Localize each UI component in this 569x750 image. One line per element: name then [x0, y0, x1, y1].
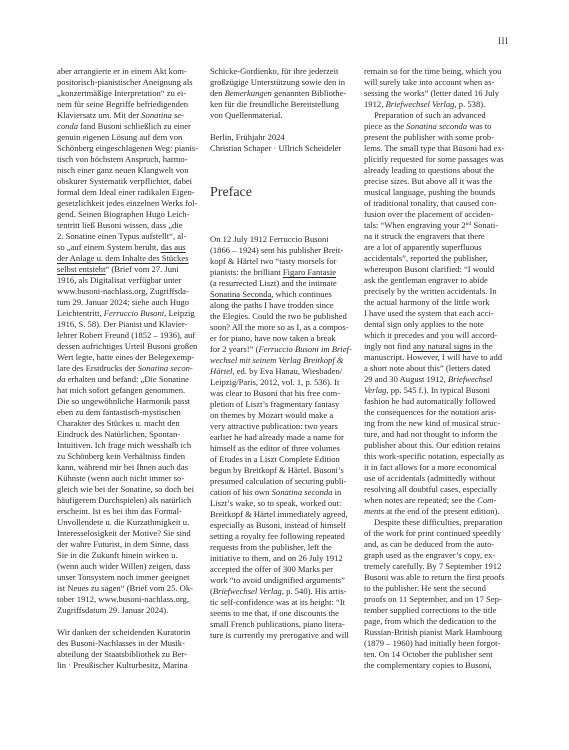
text-line: himself as the editor of three volumes — [210, 443, 352, 454]
text-line: www.busoni-nachlass.org, Zugriffsda- — [57, 286, 199, 297]
italic-title: da — [57, 374, 66, 384]
underlined-quote: any natural signs — [413, 341, 471, 351]
text-line: tisch von höchstem Anspruch, harmo- — [57, 154, 199, 165]
text-line: Busoni was able to return the first proo… — [364, 572, 506, 583]
text-line: work “to avoid undignified arguments” — [210, 575, 352, 586]
text-line: dental sign only applies to the note — [364, 319, 506, 330]
text-line: pianists: the brilliant Figaro Fantasie — [210, 267, 352, 278]
text-line: erscheint. Ist es bei ihm das Formal- — [57, 506, 199, 517]
text-line: Interesselosigkeit der Motive? Sie sind — [57, 528, 199, 539]
text-line: publisher about this. Our edition retain… — [364, 440, 506, 451]
text-line: whereupon Busoni clarified: “I would — [364, 264, 506, 275]
text-line: fashion he had automatically followed — [364, 396, 506, 407]
text-line: plicitly requested for some passages was — [364, 154, 506, 165]
text-line: Charakter des Stückes u. macht den — [57, 418, 199, 429]
text-line: formal dem Ideal einer radikalen Eigen- — [57, 187, 199, 198]
text-line: soon? All the more so as I, as a compos- — [210, 322, 352, 333]
section-heading: Preface — [210, 184, 352, 202]
text-line: when notes are repeated; see the Com- — [364, 495, 506, 506]
text-line: requests from the publisher, left the — [210, 542, 352, 553]
text-line: the consequences for the notation aris- — [364, 407, 506, 418]
text-line: genuin eigenen Lösung auf dem von — [57, 132, 199, 143]
text-line: piece as the Sonatina seconda was to — [364, 121, 506, 132]
underlined-title: Figaro Fantasie — [283, 267, 336, 277]
text-line: dessen aufrichtiges Urteil Busoni großen — [57, 341, 199, 352]
acknowledgement-line: ken für die freundliche Bereitstellung — [210, 99, 352, 110]
text-line: tober 1912, www.busoni-nachlass.org, — [57, 594, 199, 605]
text-line: Die so ungewöhnliche Harmonik passt — [57, 396, 199, 407]
text-line: gend. Seinen Biographen Hugo Leich- — [57, 209, 199, 220]
german-text-column: aber arrangierte er in einem Akt kom- po… — [57, 66, 199, 671]
text-line: graph used as the engraver’s copy, ex- — [364, 550, 506, 561]
text-line: conda fand Busoni schließlich zu einer — [57, 121, 199, 132]
text-line: ingly not find any natural signs in the — [364, 341, 506, 352]
text-line: 29 and 30 August 1912, Briefwechsel — [364, 374, 506, 385]
text-line: of the work for print continued speedily — [364, 528, 506, 539]
text-line: remain so for the time being, which you — [364, 66, 506, 77]
text-line: proofs on 11 September, and on 17 Sep- — [364, 594, 506, 605]
italic-title: Briefwechsel Verlag — [213, 586, 282, 596]
text-line: along the paths I have trodden since — [210, 300, 352, 311]
text-line: nisch einer ganz neuen Klangwelt von — [57, 165, 199, 176]
text-line: it in fact allows for a more economical — [364, 462, 506, 473]
italic-title: Verlag — [364, 385, 386, 395]
text-line: gleich wie bei der Sonatine, so doch bei — [57, 484, 199, 495]
italic-title: Härtel — [210, 366, 232, 376]
text-line: Härtel, ed. by Eva Hanau, Wiesbaden/ — [210, 366, 352, 377]
text-line: Russian-British pianist Mark Hambourg — [364, 627, 506, 638]
acknowledgement-line: abteilung der Staatsbibliothek zu Ber- — [57, 649, 199, 660]
text-line: ments at the end of the present edition)… — [364, 506, 506, 517]
italic-title: Sonatina se- — [141, 110, 184, 120]
acknowledgement-line: Schicke-Gordienko, für ihre jederzeit — [210, 66, 352, 77]
text-line: which it precedes and you will accord- — [364, 330, 506, 341]
text-line: was clear to Busoni that his free com- — [210, 388, 352, 399]
text-line: selbst entsteht“ (Brief vom 27. Juni — [57, 264, 199, 275]
text-line: use of accidentals (admittedly without — [364, 473, 506, 484]
text-line: 2. Sonatine einen Typus aufstellt“, al- — [57, 231, 199, 242]
text-line: accidentals”, reported the publisher, — [364, 253, 506, 264]
text-line: accepted the offer of 300 Marks per — [210, 564, 352, 575]
text-line: „konzertmäßige Interpretation“ zu ei- — [57, 88, 199, 99]
text-line: zu Schönberg kein Verhältniss finden — [57, 451, 199, 462]
text-line: Sie in die Zukunft hinein wirken u. — [57, 550, 199, 561]
text-line: I have used the system that each acci- — [364, 308, 506, 319]
text-line: ten. On 14 October the publisher sent — [364, 649, 506, 660]
text-line: the actual harmony of the little work — [364, 297, 506, 308]
text-line: 1912, Briefwechsel Verlag, p. 538). — [364, 99, 506, 110]
text-line: lems. The small type that Busoni had ex- — [364, 143, 506, 154]
text-line: da erhalten und befand: „Die Sonatine — [57, 374, 199, 385]
text-line: nem für seine Begriffe befriedigenden — [57, 99, 199, 110]
text-line: er for piano, have now taken a break — [210, 333, 352, 344]
acknowledgement-line: Wir danken der scheidenden Kuratorin — [57, 627, 199, 638]
text-line: 1916, als Digitalisat verfügbar unter — [57, 275, 199, 286]
text-line: so „auf einem System beruht, das aus — [57, 242, 199, 253]
text-line: earlier he had already made a name for — [210, 432, 352, 443]
text-line: obskurer Systematik verpflichtet, dabei — [57, 176, 199, 187]
text-line: for 2 years!” (Ferruccio Busoni im Brief… — [210, 344, 352, 355]
text-line: tremely carefully. By 7 September 1912 — [364, 561, 506, 572]
text-line: very attractive publication: two years — [210, 421, 352, 432]
text-line: the Elegies. Could the two be published — [210, 311, 352, 322]
text-line: Schönberg eingeschlagenen Weg: pianis- — [57, 143, 199, 154]
text-line: Eindruck des Natürlichen, Spontan- — [57, 429, 199, 440]
text-line: precise sizes. But above all it was the — [364, 176, 506, 187]
paragraph-gap — [210, 121, 352, 132]
text-line: will surely take into account when as- — [364, 77, 506, 88]
text-line: Wert legte, hatte eines der Belegexemp- — [57, 352, 199, 363]
text-line: setting a royalty fee following repeated — [210, 531, 352, 542]
text-line: small French publications, piano litera- — [210, 619, 352, 630]
page-number: III — [498, 36, 509, 46]
text-line: kann, während mir bei Ihnen auch das — [57, 462, 199, 473]
text-line: Sonatina Seconda, which continues — [210, 289, 352, 300]
italic-title: Sonatina secon- — [138, 363, 193, 373]
text-line: sessing the works” (letter dated 16 July — [364, 88, 506, 99]
text-line: lare des Erstdrucks der Sonatina secon- — [57, 363, 199, 374]
text-line: of traditional tonality, that caused con… — [364, 198, 506, 209]
text-line: Unvollendete u. die Kurzathmigkeit u. — [57, 517, 199, 528]
underlined-quote: der Anlage u. dem Inhalte des Stückes — [57, 253, 189, 263]
text-line: 1916, S. 58). Der Pianist und Klavier- — [57, 319, 199, 330]
text-line: Zugriffsdatum 29. Januar 2024). — [57, 605, 199, 616]
italic-title: Sonatina seconda — [272, 487, 333, 497]
italic-title: ments — [364, 506, 384, 516]
text-line: seems to me that, if one discounts the — [210, 608, 352, 619]
text-line: musical language, pushing the bounds — [364, 187, 506, 198]
underlined-title: Sonatina Seconda — [210, 289, 271, 299]
italic-title: conda — [57, 121, 78, 131]
signature-place-date: Berlin, Frühjahr 2024 — [210, 132, 352, 143]
text-line: manuscript. However, I will have to add — [364, 352, 506, 363]
italic-title: Com- — [477, 495, 496, 505]
text-line: (wenn auch wider Willen) zeigen, dass — [57, 561, 199, 572]
acknowledgement-line: den Bemerkungen genannten Bibliothe- — [210, 88, 352, 99]
text-line: Liszt’s wake, so to speak, worked out: — [210, 498, 352, 509]
text-line: ture, and had not thought to inform the — [364, 429, 506, 440]
text-line: (Briefwechsel Verlag, p. 540). His artis… — [210, 586, 352, 597]
text-line: presumed calculation of securing publi- — [210, 476, 352, 487]
text-line: especially as Busoni, instead of himself — [210, 520, 352, 531]
text-line: present the publisher with some prob- — [364, 132, 506, 143]
text-line: Leichtentritt, Ferruccio Busoni, Leipzig — [57, 308, 199, 319]
text-line: der Anlage u. dem Inhalte des Stückes — [57, 253, 199, 264]
text-line: tember supplied corrections to the title — [364, 605, 506, 616]
text-line: (a resurrected Liszt) and the intimate — [210, 278, 352, 289]
text-line: der wahre Futurist, in dem Sinne, dass — [57, 539, 199, 550]
text-line: Breitkopf & Härtel immediately agreed, — [210, 509, 352, 520]
text-line: (1879 – 1960) had initially been forgot- — [364, 638, 506, 649]
italic-title: Briefwechsel — [448, 374, 492, 384]
text-line: aber arrangierte er in einem Akt kom- — [57, 66, 199, 77]
text-line: tum 29. Januar 2024; siehe auch Hugo — [57, 297, 199, 308]
text-line: are a lot of apparently superfluous — [364, 242, 506, 253]
right-text-column: remain so for the time being, which you … — [364, 66, 506, 671]
text-line: cation of his own Sonatina seconda in — [210, 487, 352, 498]
acknowledgement-line: lin · Preußischer Kulturbesitz, Marina — [57, 660, 199, 671]
text-line: the complementary copies to Busoni, — [364, 660, 506, 671]
text-line: lehrer Robert Freund (1852 – 1936), auf — [57, 330, 199, 341]
text-line: pletion of Liszt’s fragmentary fantasy — [210, 399, 352, 410]
text-line: Preparation of such an advanced — [364, 110, 506, 121]
text-line: ture is currently my prerogative and wil… — [210, 630, 352, 641]
text-line: Leipzig/Paris, 2012, vol. 1, p. 536). It — [210, 377, 352, 388]
text-line: Intuitiven. Ich frage mich wesshalb ich — [57, 440, 199, 451]
acknowledgement-line: des Busoni-Nachlasses in der Musik- — [57, 638, 199, 649]
text-line: tentritt ließ Busoni wissen, dass „die — [57, 220, 199, 231]
text-line: to the publisher. He sent the second — [364, 583, 506, 594]
text-line: of Etudes in a Liszt Complete Edition — [210, 454, 352, 465]
text-line: Kühnste (wenn auch nicht immer so- — [57, 473, 199, 484]
text-line: page, from which the dedication to the — [364, 616, 506, 627]
text-line: hat mich sofort gefangen genommen. — [57, 385, 199, 396]
acknowledgement-line: großzügige Unterstützung sowie den in — [210, 77, 352, 88]
text-line: kopf & Härtel two “tasty morsels for — [210, 256, 352, 267]
text-line: ist Neues zu sagen“ (Brief vom 25. Ok- — [57, 583, 199, 594]
italic-title: wechsel mit seinem Verlag Breitkopf & — [210, 355, 344, 365]
text-line: wechsel mit seinem Verlag Breitkopf & — [210, 355, 352, 366]
italic-title: Ferruccio Busoni — [104, 308, 164, 318]
text-line: fusion over the placement of acciden- — [364, 209, 506, 220]
text-line: häufigerem Durchspielen) als natürlich — [57, 495, 199, 506]
text-line: resolving all doubtful cases, especially — [364, 484, 506, 495]
text-line: unser Tonsystem noch immer geeignet — [57, 572, 199, 583]
italic-title: Bemerkungen — [225, 88, 272, 98]
underlined-quote: das aus — [161, 242, 186, 252]
italic-title: Sonatina seconda — [406, 121, 467, 131]
text-line: na it struck the engravers that there — [364, 231, 506, 242]
text-line: (1866 – 1924) sent his publisher Breit- — [210, 245, 352, 256]
text-line: and, as can be deduced from the auto- — [364, 539, 506, 550]
text-line: Verlag, pp. 545 f.). In typical Busoni — [364, 385, 506, 396]
text-line: On 12 July 1912 Ferruccio Busoni — [210, 234, 352, 245]
paragraph-gap — [57, 616, 199, 627]
underlined-quote: selbst entsteht — [57, 264, 105, 274]
text-line: on themes by Mozart would make a — [210, 410, 352, 421]
text-line: ask the gentleman engraver to abide — [364, 275, 506, 286]
text-line: Despite these difficulties, preparation — [364, 517, 506, 528]
italic-title: Ferruccio Busoni im Brief- — [258, 344, 351, 354]
text-line: tic self-confidence was at its height: “… — [210, 597, 352, 608]
text-line: positorisch-pianistischer Aneignung als — [57, 77, 199, 88]
italic-title: Briefwechsel Verlag — [385, 99, 454, 109]
text-line: eben zu dem fantastisch-mystischen — [57, 407, 199, 418]
text-line: a short note about this” (letters dated — [364, 363, 506, 374]
text-line: ing from the new kind of musical struc- — [364, 418, 506, 429]
middle-text-column: Schicke-Gordienko, für ihre jederzeit gr… — [210, 66, 352, 641]
text-line: already leading to questions about the — [364, 165, 506, 176]
text-line: this work-specific notation, especially … — [364, 451, 506, 462]
text-line: begun by Breitkopf & Härtel. Busoni’s — [210, 465, 352, 476]
text-line: gesetzlichkeit jedes einzelnen Werks fol… — [57, 198, 199, 209]
text-line: initiative to them, and on 26 July 1912 — [210, 553, 352, 564]
signature-authors: Christian Schaper · Ullrich Scheideler — [210, 143, 352, 154]
text-line: Klaviersatz um. Mit der Sonatina se- — [57, 110, 199, 121]
acknowledgement-line: von Quellenmaterial. — [210, 110, 352, 121]
text-line: precisely by the written accidentals. In — [364, 286, 506, 297]
text-line: tals: “When engraving your 2nd Sonati- — [364, 220, 506, 231]
